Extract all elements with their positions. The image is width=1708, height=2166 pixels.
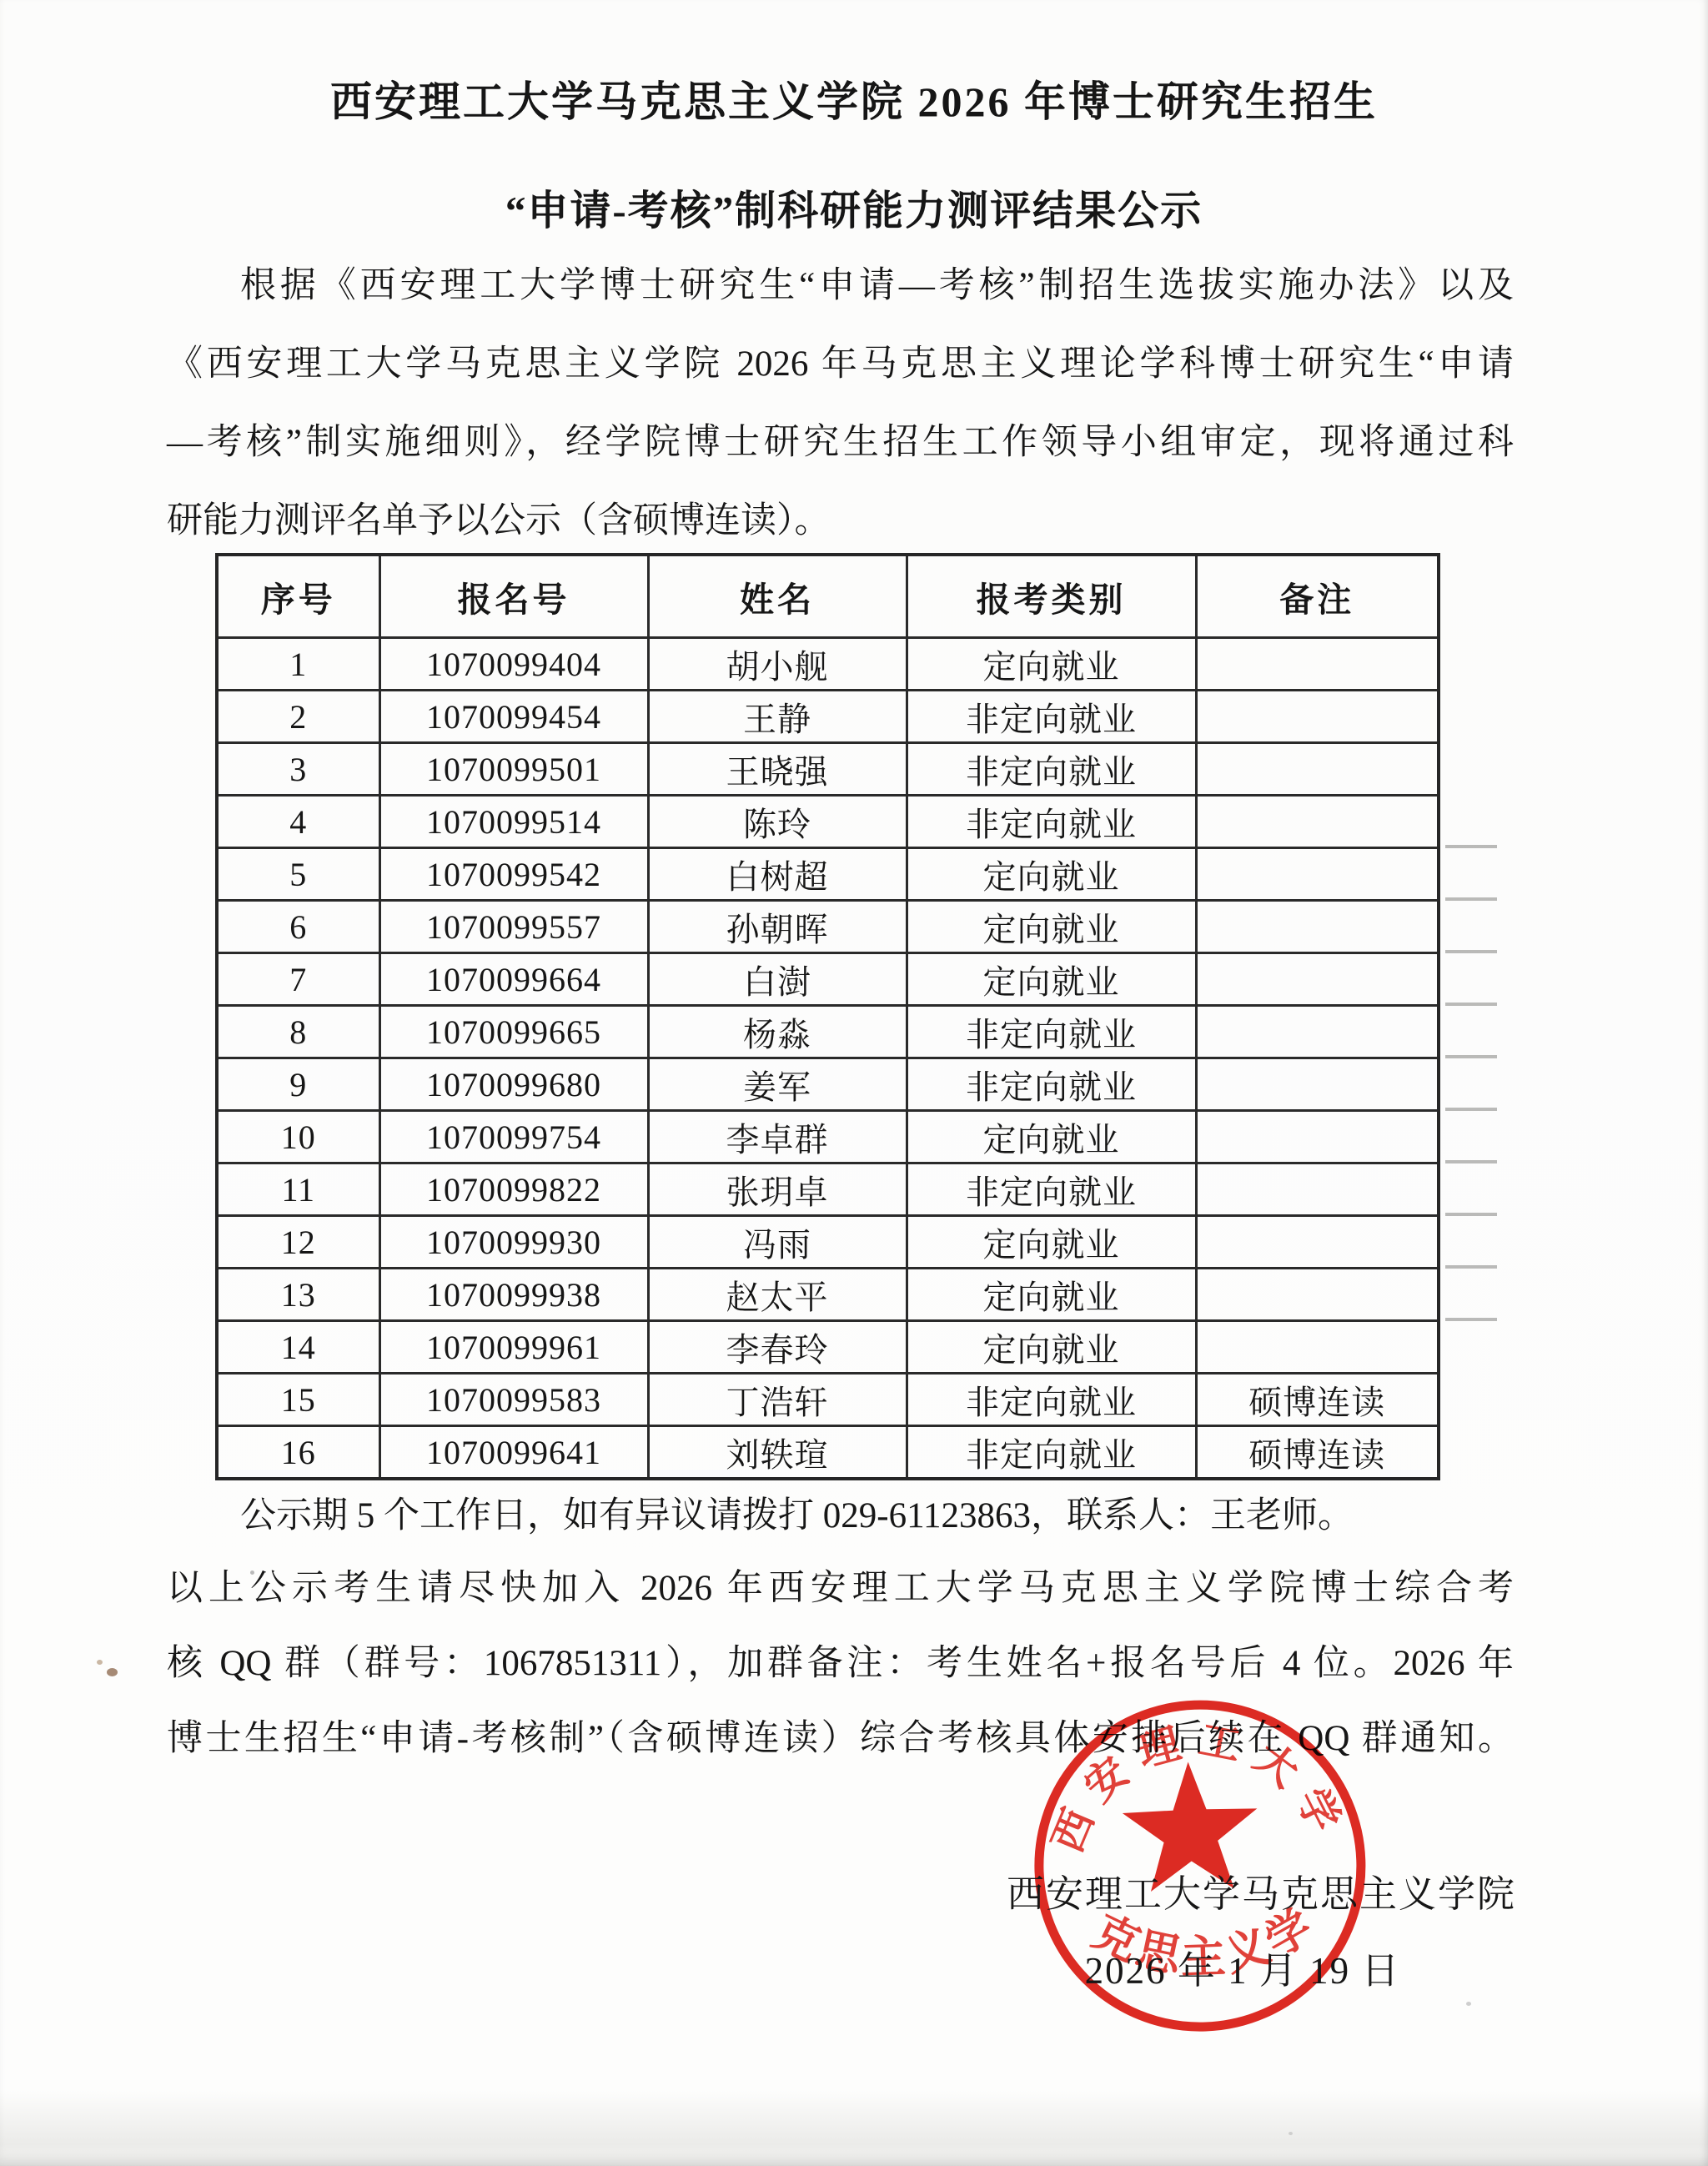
- table-row: 14 1070099961 李春玲 定向就业: [217, 1321, 1439, 1374]
- cell-name: 杨淼: [648, 1006, 907, 1058]
- table-row: 9 1070099680 姜军 非定向就业: [217, 1058, 1439, 1111]
- cell-reg-no: 1070099930: [379, 1216, 648, 1269]
- header-cell-reg-no: 报名号: [379, 555, 648, 638]
- cell-serial: 12: [217, 1216, 379, 1269]
- cell-reg-no: 1070099754: [379, 1111, 648, 1163]
- table-row: 16 1070099641 刘轶瑄 非定向就业 硕博连读: [217, 1426, 1439, 1480]
- scan-artifact: [1466, 2002, 1471, 2006]
- cell-serial: 16: [217, 1426, 379, 1480]
- cell-remark: [1196, 1006, 1439, 1058]
- evaluation-results-table: 序号 报名号 姓名 报考类别 备注 1 1070099404 胡小舰 定向就业 …: [215, 553, 1440, 1480]
- cell-name: 白澍: [648, 953, 907, 1006]
- table-row: 6 1070099557 孙朝晖 定向就业: [217, 901, 1439, 953]
- cell-category: 定向就业: [907, 1111, 1196, 1163]
- cell-serial: 5: [217, 848, 379, 901]
- cell-reg-no: 1070099501: [379, 743, 648, 796]
- cell-reg-no: 1070099665: [379, 1006, 648, 1058]
- table-row: 1 1070099404 胡小舰 定向就业: [217, 638, 1439, 691]
- cell-name: 胡小舰: [648, 638, 907, 691]
- cell-name: 白树超: [648, 848, 907, 901]
- cell-category: 定向就业: [907, 1269, 1196, 1321]
- cell-serial: 10: [217, 1111, 379, 1163]
- cell-remark: [1196, 691, 1439, 743]
- cell-remark: [1196, 901, 1439, 953]
- cell-category: 定向就业: [907, 848, 1196, 901]
- cell-remark: [1196, 796, 1439, 848]
- signature-line: 西安理工大学马克思主义学院: [1007, 1863, 1516, 1917]
- cell-category: 定向就业: [907, 1216, 1196, 1269]
- cell-category: 非定向就业: [907, 743, 1196, 796]
- cell-serial: 1: [217, 638, 379, 691]
- intro-paragraph: 根据《西安理工大学博士研究生“申请—考核”制招生选拔实施办法》以及 《西安理工大…: [167, 247, 1514, 560]
- intro-line: 研能力测评名单予以公示（含硕博连读）。: [167, 482, 1514, 560]
- table-row: 4 1070099514 陈玲 非定向就业: [217, 796, 1439, 848]
- table-row: 12 1070099930 冯雨 定向就业: [217, 1216, 1439, 1269]
- scan-artifact: [107, 1668, 118, 1676]
- table-row: 13 1070099938 赵太平 定向就业: [217, 1269, 1439, 1321]
- cell-name: 刘轶瑄: [648, 1426, 907, 1480]
- cell-reg-no: 1070099680: [379, 1058, 648, 1111]
- cell-name: 李春玲: [648, 1321, 907, 1374]
- scanned-document-page: 西安理工大学马克思主义学院 2026 年博士研究生招生 “申请-考核”制科研能力…: [0, 0, 1708, 2166]
- table-row: 2 1070099454 王静 非定向就业: [217, 691, 1439, 743]
- scan-artifact: [1289, 2132, 1293, 2135]
- cell-reg-no: 1070099557: [379, 901, 648, 953]
- table-row: 11 1070099822 张玥卓 非定向就业: [217, 1163, 1439, 1216]
- cell-reg-no: 1070099514: [379, 796, 648, 848]
- cell-name: 冯雨: [648, 1216, 907, 1269]
- cell-name: 孙朝晖: [648, 901, 907, 953]
- cell-remark: [1196, 1216, 1439, 1269]
- cell-serial: 9: [217, 1058, 379, 1111]
- cell-category: 定向就业: [907, 1321, 1196, 1374]
- cell-name: 王晓强: [648, 743, 907, 796]
- cell-remark: 硕博连读: [1196, 1374, 1439, 1426]
- scan-artifact: [250, 1570, 254, 1575]
- cell-category: 非定向就业: [907, 691, 1196, 743]
- cell-serial: 13: [217, 1269, 379, 1321]
- scan-artifact: [97, 1660, 103, 1665]
- cell-remark: [1196, 638, 1439, 691]
- cell-reg-no: 1070099938: [379, 1269, 648, 1321]
- cell-serial: 14: [217, 1321, 379, 1374]
- cell-category: 非定向就业: [907, 796, 1196, 848]
- cell-category: 定向就业: [907, 638, 1196, 691]
- cell-serial: 3: [217, 743, 379, 796]
- public-notice-period-line: 公示期 5 个工作日，如有异议请拨打 029-61123863，联系人：王老师。: [167, 1491, 1651, 1541]
- cell-category: 定向就业: [907, 953, 1196, 1006]
- header-cell-category: 报考类别: [907, 555, 1196, 638]
- cell-reg-no: 1070099542: [379, 848, 648, 901]
- cell-name: 丁浩轩: [648, 1374, 907, 1426]
- cell-name: 王静: [648, 691, 907, 743]
- cell-remark: [1196, 848, 1439, 901]
- table-header-row: 序号 报名号 姓名 报考类别 备注: [217, 555, 1439, 638]
- cell-category: 非定向就业: [907, 1163, 1196, 1216]
- table-row: 8 1070099665 杨淼 非定向就业: [217, 1006, 1439, 1058]
- cell-remark: [1196, 743, 1439, 796]
- cell-remark: [1196, 1269, 1439, 1321]
- document-title-line-2: “申请-考核”制科研能力测评结果公示: [0, 178, 1708, 237]
- intro-line: —考核”制实施细则》，经学院博士研究生招生工作领导小组审定，现将通过科: [167, 404, 1514, 482]
- header-cell-serial: 序号: [217, 555, 379, 638]
- cell-serial: 11: [217, 1163, 379, 1216]
- cell-name: 姜军: [648, 1058, 907, 1111]
- cell-serial: 7: [217, 953, 379, 1006]
- cell-name: 李卓群: [648, 1111, 907, 1163]
- cell-remark: [1196, 1163, 1439, 1216]
- cell-reg-no: 1070099454: [379, 691, 648, 743]
- cell-reg-no: 1070099664: [379, 953, 648, 1006]
- cell-serial: 15: [217, 1374, 379, 1426]
- intro-line: 《西安理工大学马克思主义学院 2026 年马克思主义理论学科博士研究生“申请: [167, 325, 1514, 404]
- document-title-line-1: 西安理工大学马克思主义学院 2026 年博士研究生招生: [0, 68, 1708, 128]
- cell-category: 非定向就业: [907, 1006, 1196, 1058]
- table-row: 3 1070099501 王晓强 非定向就业: [217, 743, 1439, 796]
- cell-serial: 4: [217, 796, 379, 848]
- cell-remark: [1196, 1321, 1439, 1374]
- header-cell-remark: 备注: [1196, 555, 1439, 638]
- cell-reg-no: 1070099822: [379, 1163, 648, 1216]
- cell-serial: 2: [217, 691, 379, 743]
- header-cell-name: 姓名: [648, 555, 907, 638]
- table-row: 5 1070099542 白树超 定向就业: [217, 848, 1439, 901]
- cell-remark: [1196, 1058, 1439, 1111]
- cell-serial: 8: [217, 1006, 379, 1058]
- table-row: 7 1070099664 白澍 定向就业: [217, 953, 1439, 1006]
- intro-line: 根据《西安理工大学博士研究生“申请—考核”制招生选拔实施办法》以及: [167, 247, 1514, 325]
- scan-artifact: [1445, 845, 1497, 1329]
- cell-reg-no: 1070099404: [379, 638, 648, 691]
- cell-name: 陈玲: [648, 796, 907, 848]
- cell-remark: [1196, 1111, 1439, 1163]
- cell-reg-no: 1070099583: [379, 1374, 648, 1426]
- cell-category: 定向就业: [907, 901, 1196, 953]
- cell-name: 赵太平: [648, 1269, 907, 1321]
- date-line: 2026 年 1 月 19 日: [1084, 1940, 1401, 1994]
- scan-artifact: [360, 1587, 364, 1591]
- table-row: 15 1070099583 丁浩轩 非定向就业 硕博连读: [217, 1374, 1439, 1426]
- cell-reg-no: 1070099961: [379, 1321, 648, 1374]
- cell-category: 非定向就业: [907, 1426, 1196, 1480]
- cell-serial: 6: [217, 901, 379, 953]
- cell-reg-no: 1070099641: [379, 1426, 648, 1480]
- cell-category: 非定向就业: [907, 1374, 1196, 1426]
- cell-category: 非定向就业: [907, 1058, 1196, 1111]
- cell-remark: [1196, 953, 1439, 1006]
- qq-line: 以上公示考生请尽快加入 2026 年西安理工大学马克思主义学院博士综合考: [167, 1551, 1514, 1626]
- cell-remark: 硕博连读: [1196, 1426, 1439, 1480]
- table-row: 10 1070099754 李卓群 定向就业: [217, 1111, 1439, 1163]
- cell-name: 张玥卓: [648, 1163, 907, 1216]
